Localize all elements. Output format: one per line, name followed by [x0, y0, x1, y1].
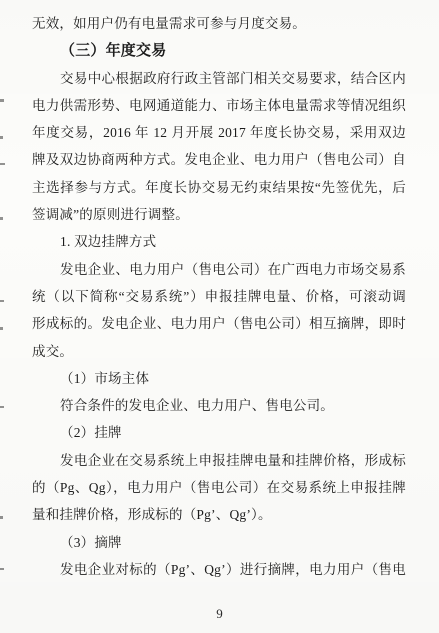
text-line: 发电企业在交易系统上申报挂牌电量和挂牌价格，形成标	[32, 447, 406, 474]
scan-speck	[0, 327, 3, 330]
subsection-heading: 1. 双边挂牌方式	[32, 228, 406, 255]
text-line: 形成标的。发电企业、电力用户（售电公司）相互摘牌，即时	[32, 310, 406, 337]
scan-speck	[0, 136, 3, 139]
scan-speck	[0, 217, 3, 220]
text-line: 签调减”的原则进行调整。	[32, 201, 406, 228]
text-line: 统（以下简称“交易系统”）申报挂牌电量、价格，可滚动调整，	[32, 283, 406, 310]
section-heading: （三）年度交易	[32, 37, 406, 64]
text-line: 年度交易，2016 年 12 月开展 2017 年度长协交易，采用双边挂	[32, 119, 406, 146]
list-item-heading: （1）市场主体	[32, 365, 406, 392]
list-item-heading: （2）挂牌	[32, 419, 406, 446]
text-line: 成交。	[32, 338, 406, 365]
scan-speck	[0, 406, 4, 408]
text-line: 发电企业对标的（Pg’、Qg’）进行摘牌，电力用户（售电	[32, 556, 406, 583]
page-number: 9	[0, 606, 439, 622]
text-line: 交易中心根据政府行政主管部门相关交易要求，结合区内	[32, 65, 406, 92]
text-line: 量和挂牌价格，形成标的（Pg’、Qg’）。	[32, 501, 406, 528]
scan-speck	[0, 163, 5, 165]
text-line: 发电企业、电力用户（售电公司）在广西电力市场交易系	[32, 256, 406, 283]
scan-speck	[0, 99, 4, 102]
text-line: 牌及双边协商两种方式。发电企业、电力用户（售电公司）自	[32, 146, 406, 173]
text-line: 主选择参与方式。年度长协交易无约束结果按“先签优先，后	[32, 174, 406, 201]
document-text-block: 无效，如用户仍有电量需求可参与月度交易。 （三）年度交易 交易中心根据政府行政主…	[32, 10, 406, 583]
text-line: 电力供需形势、电网通道能力、市场主体电量需求等情况组织	[32, 92, 406, 119]
scan-speck	[0, 300, 4, 302]
text-line: 的（Pg、Qg），电力用户（售电公司）在交易系统上申报挂牌电	[32, 474, 406, 501]
scan-speck	[0, 568, 4, 570]
text-line: 无效，如用户仍有电量需求可参与月度交易。	[32, 10, 406, 37]
document-page: 无效，如用户仍有电量需求可参与月度交易。 （三）年度交易 交易中心根据政府行政主…	[0, 0, 439, 633]
list-item-heading: （3）摘牌	[32, 529, 406, 556]
scan-speck	[0, 516, 3, 519]
text-line: 符合条件的发电企业、电力用户、售电公司。	[32, 392, 406, 419]
